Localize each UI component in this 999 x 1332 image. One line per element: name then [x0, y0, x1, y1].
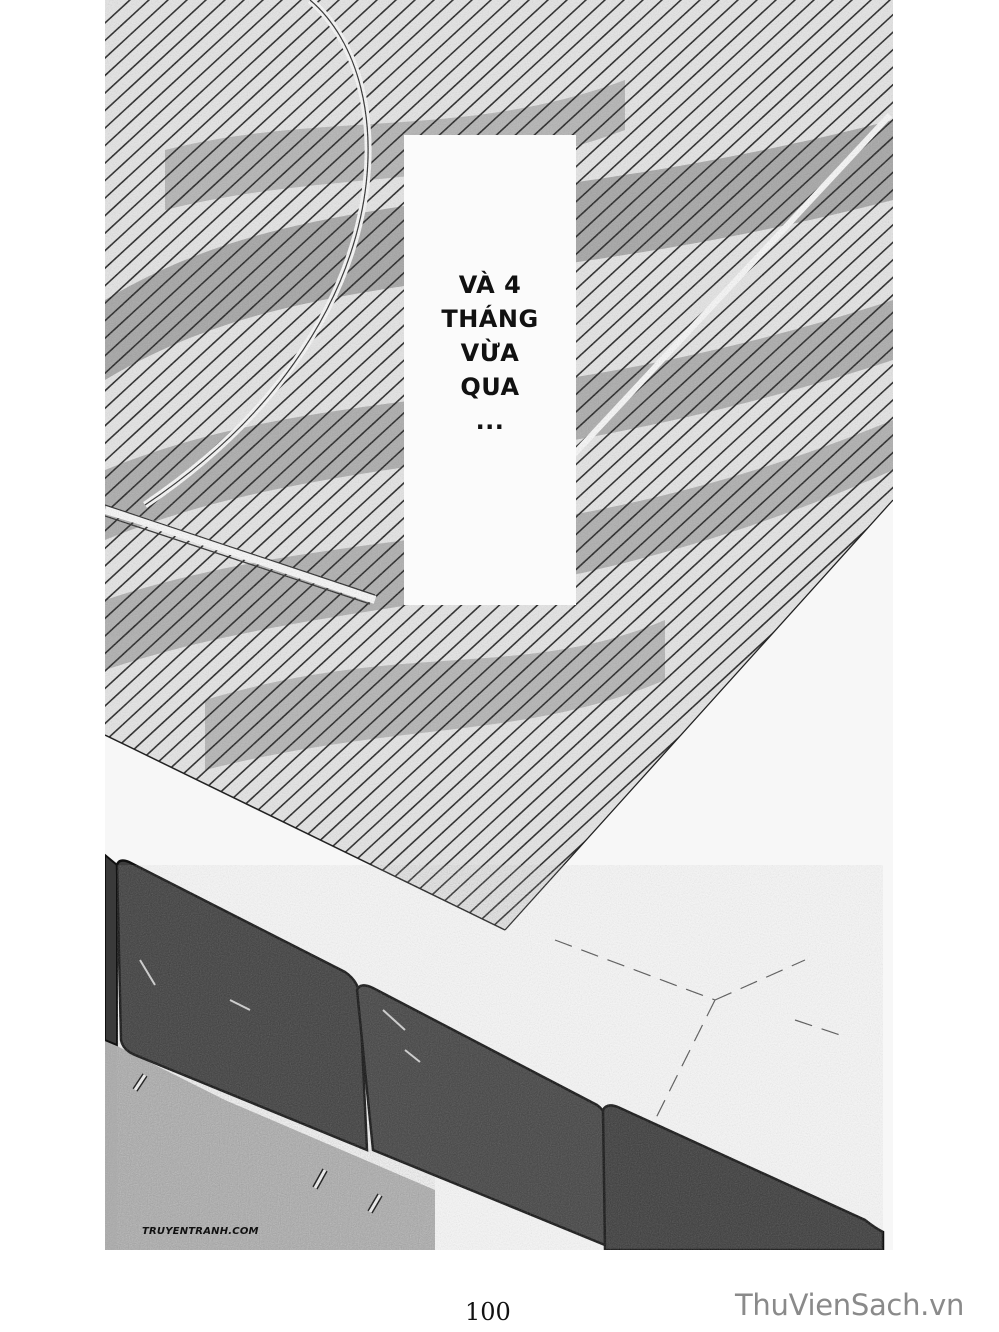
page-number: 100	[465, 1298, 511, 1326]
narration-line: VÀ 4	[404, 268, 576, 302]
narration-line: QUA	[404, 370, 576, 404]
narration-line: VỪA	[404, 336, 576, 370]
narration-line: ...	[404, 404, 576, 438]
narration-line: THÁNG	[404, 302, 576, 336]
narration-text: VÀ 4 THÁNG VỪA QUA ...	[404, 268, 576, 438]
site-brand-watermark: ThuVienSach.vn	[735, 1288, 964, 1322]
scan-credit-watermark: TRUYENTRANH.COM	[142, 1226, 259, 1237]
manga-page: VÀ 4 THÁNG VỪA QUA ... TRUYENTRANH.COM 1…	[0, 0, 999, 1332]
